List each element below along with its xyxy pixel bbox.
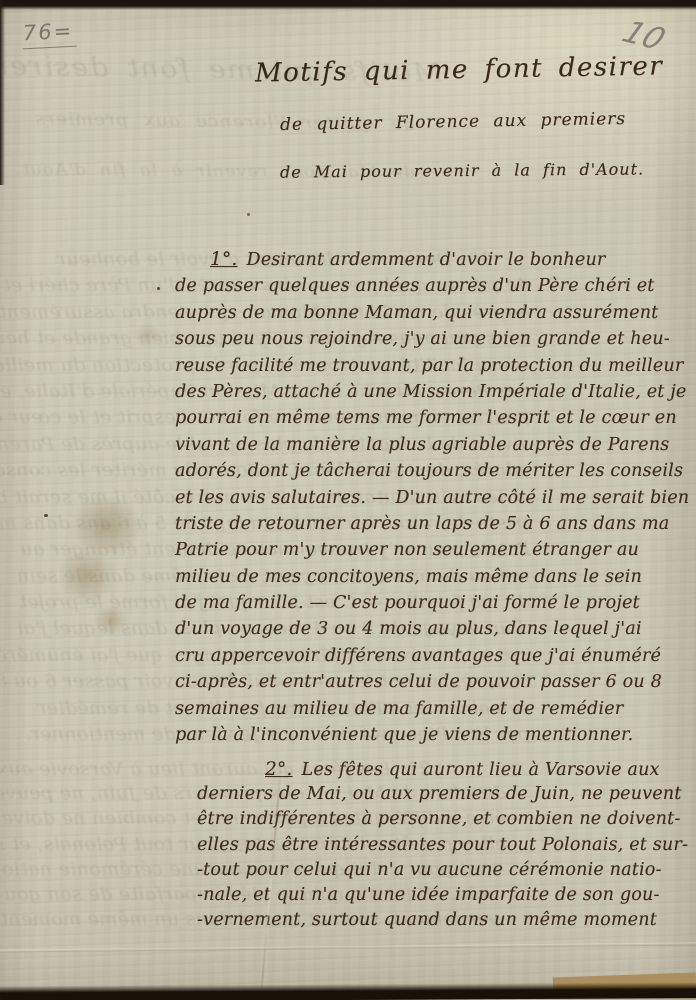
- manuscript-line: être indifférentes à personne, et combie…: [197, 807, 688, 832]
- paragraph-1-first-line: Desirant ardemment d'avoir le bonheur: [247, 250, 606, 270]
- paragraph-1: 1°.Desirant ardemment d'avoir le bonheur…: [175, 247, 689, 748]
- ink-speck: [44, 514, 48, 517]
- manuscript-line: cru appercevoir différens avantages que …: [175, 643, 689, 669]
- scan-border-left: [0, 0, 5, 185]
- paragraph-1-number: 1°.: [210, 249, 238, 270]
- scanned-manuscript-page: Motifs qui me font desirer de quitter Fl…: [0, 0, 696, 1000]
- manuscript-line: ci-après, et entr'autres celui de pouvoi…: [175, 669, 689, 695]
- manuscript-line: auprès de ma bonne Maman, qui viendra as…: [175, 300, 689, 326]
- manuscript-line: d'un voyage de 3 ou 4 mois au plus, dans…: [175, 616, 689, 642]
- manuscript-line: 2°.Les fêtes qui auront lieu à Varsovie …: [265, 757, 688, 782]
- manuscript-line: et les avis salutaires. — D'un autre côt…: [175, 485, 689, 511]
- manuscript-line: de passer quelques années auprès d'un Pè…: [175, 273, 689, 299]
- title-line-1: Motifs qui me font desirer: [255, 51, 664, 88]
- manuscript-line: elles pas être intéressantes pour tout P…: [197, 833, 688, 858]
- manuscript-line: des Pères, attaché à une Mission Impéria…: [175, 379, 689, 405]
- paragraph-2-first-line: Les fêtes qui auront lieu à Varsovie aux: [302, 760, 660, 780]
- manuscript-line: de ma famille. — C'est pourquoi j'ai for…: [175, 590, 689, 616]
- manuscript-line: par là à l'inconvénient que je viens de …: [175, 722, 689, 748]
- ink-speck: [247, 213, 250, 216]
- manuscript-line: Patrie pour m'y trouver non seulement ét…: [175, 537, 689, 563]
- manuscript-line: pourrai en même tems me former l'esprit …: [175, 405, 689, 431]
- manuscript-text: Motifs qui me font desirer de quitter Fl…: [0, 0, 696, 1000]
- manuscript-line: vivant de la manière la plus agriable au…: [175, 432, 689, 458]
- manuscript-line: 1°.Desirant ardemment d'avoir le bonheur: [210, 247, 689, 273]
- manuscript-line: adorés, dont je tâcherai toujours de mér…: [175, 458, 689, 484]
- manuscript-line: milieu de mes concitoyens, mais même dan…: [175, 564, 689, 590]
- manuscript-line: derniers de Mai, ou aux premiers de Juin…: [197, 782, 688, 807]
- paragraph-2: 2°.Les fêtes qui auront lieu à Varsovie …: [197, 757, 688, 933]
- scan-border-bottom: [0, 982, 696, 1000]
- manuscript-line: triste de retourner après un laps de 5 à…: [175, 511, 689, 537]
- title-line-3: de Mai pour revenir à la fin d'Aout.: [280, 159, 644, 181]
- manuscript-line: reuse facilité me trouvant, par la prote…: [175, 353, 689, 379]
- scan-border-top: [0, 0, 696, 10]
- manuscript-line: semaines au milieu de ma famille, et de …: [175, 696, 689, 722]
- title-line-2: de quitter Florence aux premiers: [280, 109, 626, 135]
- manuscript-line: -vernement, surtout quand dans un même m…: [197, 908, 688, 933]
- manuscript-line: sous peu nous rejoindre, j'y ai une bien…: [175, 326, 689, 352]
- ink-speck: [157, 287, 160, 290]
- folio-number: 76=: [21, 19, 77, 50]
